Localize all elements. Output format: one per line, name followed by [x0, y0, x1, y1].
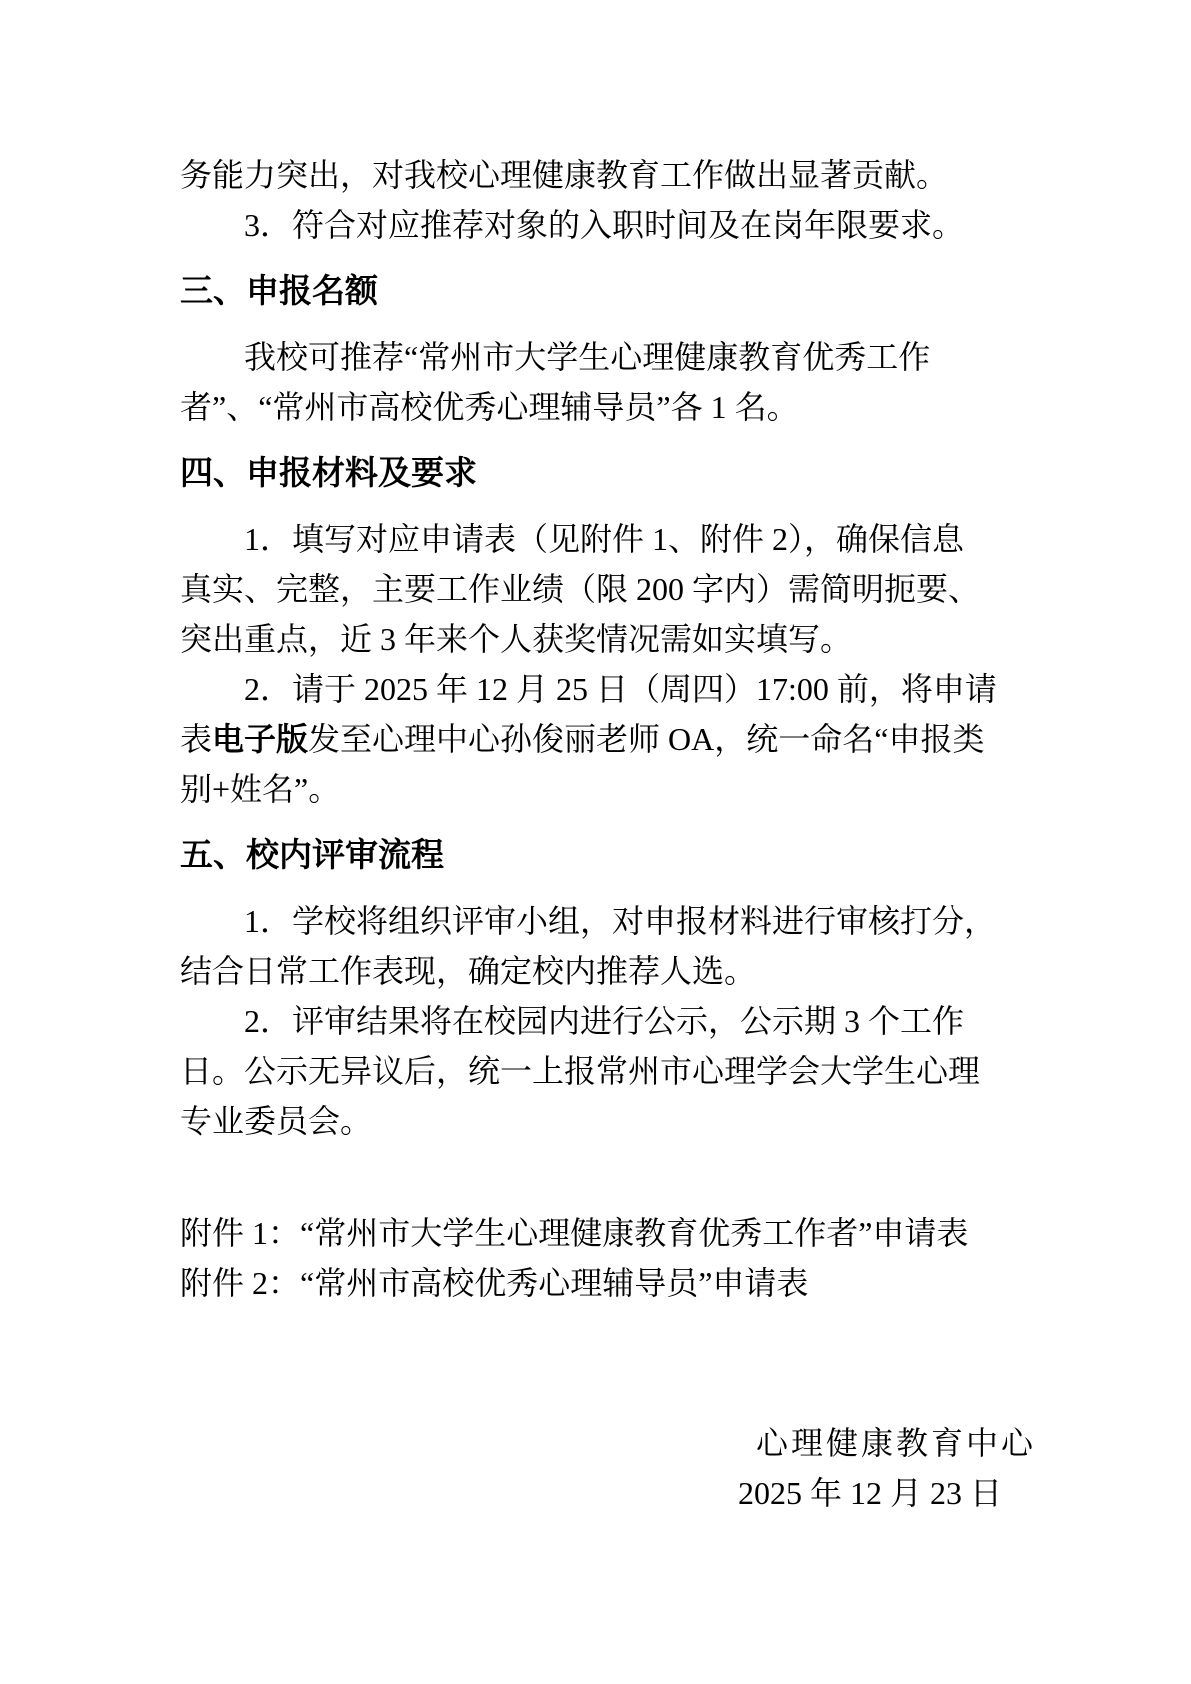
- section-heading-materials: 四、申报材料及要求: [180, 448, 948, 498]
- paragraph-line: 真实、完整，主要工作业绩（限 200 字内）需简明扼要、: [180, 564, 948, 614]
- numbered-item-2: 2．请于 2025 年 12 月 25 日（周四）17:00 前，将申请: [180, 664, 948, 714]
- section-heading-review-process: 五、校内评审流程: [180, 830, 948, 880]
- attachment-line-2: 附件 2：“常州市高校优秀心理辅导员”申请表: [180, 1258, 948, 1308]
- numbered-item-1: 1．学校将组织评审小组，对申报材料进行审核打分，: [180, 896, 948, 946]
- paragraph-line: 突出重点，近 3 年来个人获奖情况需如实填写。: [180, 614, 948, 664]
- paragraph-line: 我校可推荐“常州市大学生心理健康教育优秀工作: [180, 332, 948, 382]
- paragraph-line: 结合日常工作表现，确定校内推荐人选。: [180, 946, 948, 996]
- paragraph-line: 专业委员会。: [180, 1096, 948, 1146]
- signature-date: 2025 年 12 月 23 日: [180, 1468, 1036, 1518]
- document-body: 务能力突出，对我校心理健康教育工作做出显著贡献。 3．符合对应推荐对象的入职时间…: [180, 150, 948, 1518]
- paragraph-line: 日。公示无异议后，统一上报常州市心理学会大学生心理: [180, 1046, 948, 1096]
- paragraph-continuation-line: 务能力突出，对我校心理健康教育工作做出显著贡献。: [180, 150, 948, 200]
- attachment-line-1: 附件 1：“常州市大学生心理健康教育优秀工作者”申请表: [180, 1208, 948, 1258]
- numbered-item-2: 2．评审结果将在校园内进行公示，公示期 3 个工作: [180, 996, 948, 1046]
- paragraph-line-with-bold: 表电子版发至心理中心孙俊丽老师 OA，统一命名“申报类: [180, 714, 948, 764]
- document-page: 务能力突出，对我校心理健康教育工作做出显著贡献。 3．符合对应推荐对象的入职时间…: [0, 0, 1191, 1684]
- signature-block: 心理健康教育中心 2025 年 12 月 23 日: [180, 1418, 1036, 1518]
- vertical-gap: [180, 1146, 948, 1208]
- numbered-item-1: 1．填写对应申请表（见附件 1、附件 2），确保信息: [180, 514, 948, 564]
- paragraph-line: 者”、“常州市高校优秀心理辅导员”各 1 名。: [180, 382, 948, 432]
- numbered-item-3: 3．符合对应推荐对象的入职时间及在岗年限要求。: [180, 200, 948, 250]
- vertical-gap: [180, 1308, 948, 1418]
- paragraph-line: 别+姓名”。: [180, 764, 948, 814]
- text-segment: 发至心理中心孙俊丽老师 OA，统一命名“申报类: [308, 721, 984, 757]
- text-segment: 表: [180, 721, 212, 757]
- bold-text-segment: 电子版: [212, 721, 308, 757]
- section-heading-quota: 三、申报名额: [180, 266, 948, 316]
- signature-department: 心理健康教育中心: [180, 1418, 1036, 1468]
